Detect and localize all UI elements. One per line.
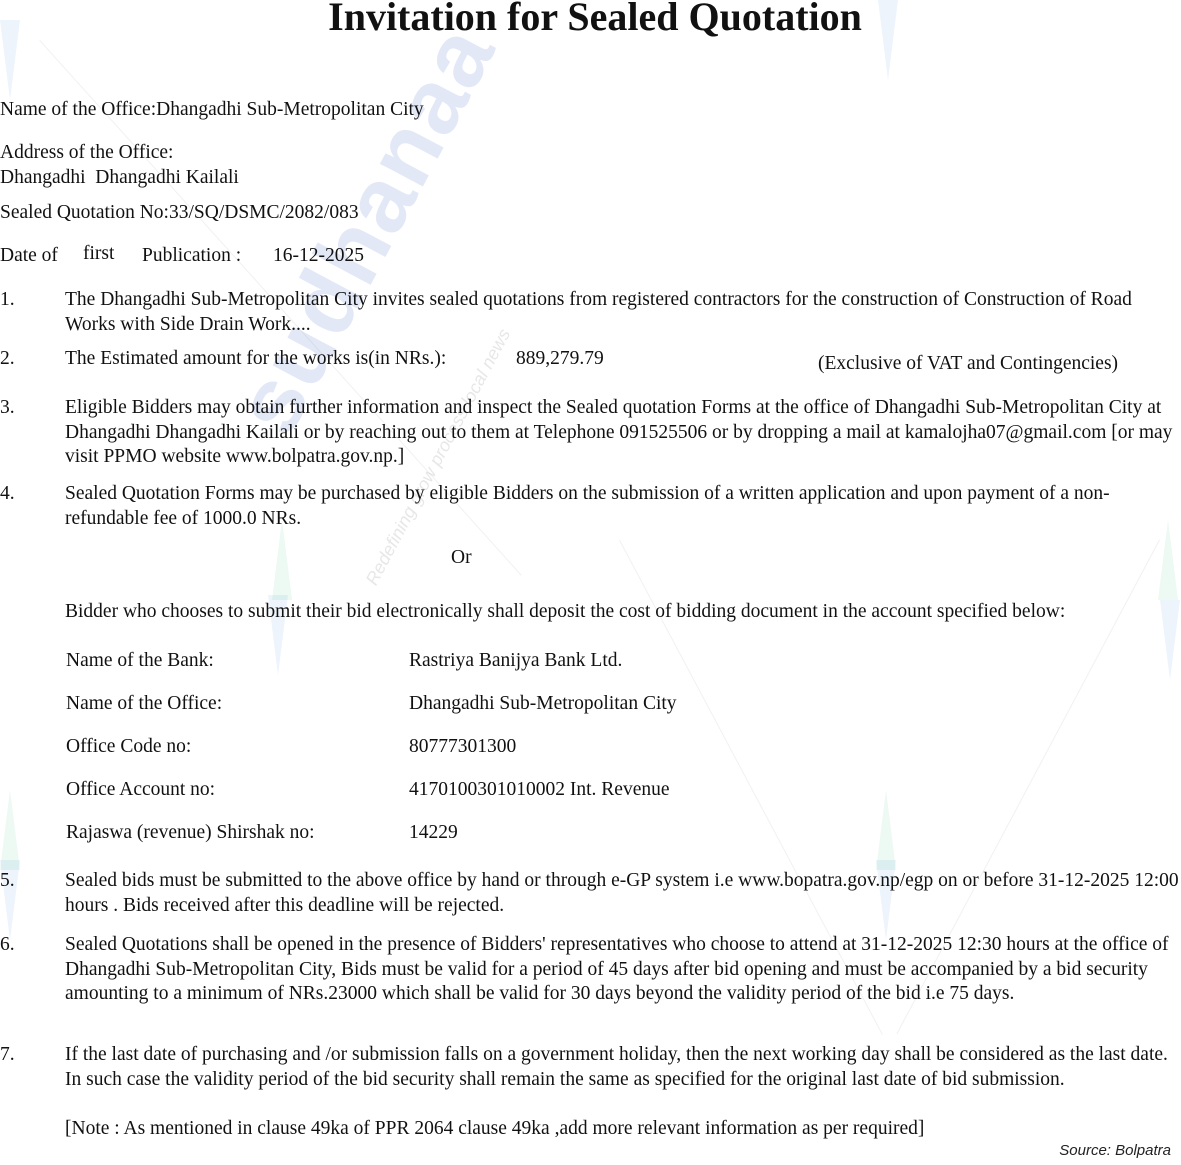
watermark-arrow-icon (0, 790, 20, 870)
bank-label: Office Account no: (66, 778, 215, 803)
clause-number: 5. (0, 869, 15, 894)
bank-value: 14229 (409, 821, 458, 846)
bank-value: 80777301300 (409, 735, 516, 760)
bank-label: Rajaswa (revenue) Shirshak no: (66, 821, 315, 846)
clause-number: 4. (0, 482, 15, 507)
watermark-arrow-icon (876, 790, 896, 870)
bank-label: Name of the Bank: (66, 649, 214, 674)
source-credit: Source: Bolpatra (1059, 1141, 1171, 1161)
office-name: Name of the Office:Dhangadhi Sub-Metropo… (0, 98, 424, 123)
estimated-amount: 889,279.79 (516, 347, 604, 372)
clause-3-text: Eligible Bidders may obtain further info… (65, 396, 1181, 470)
clause-number: 3. (0, 396, 15, 421)
date-first: first (83, 242, 114, 267)
bank-value: Rastriya Banijya Bank Ltd. (409, 649, 622, 674)
clause-6-text: Sealed Quotations shall be opened in the… (65, 933, 1181, 1007)
address-value: Dhangadhi Dhangadhi Kailali (0, 166, 239, 191)
date-label: Publication : (142, 244, 241, 269)
bank-value: 4170100301010002 Int. Revenue (409, 778, 670, 803)
or-separator: Or (451, 546, 472, 571)
quotation-number: Sealed Quotation No:33/SQ/DSMC/2082/083 (0, 201, 359, 226)
clause-number: 7. (0, 1043, 15, 1068)
watermark-arrow-icon (272, 520, 292, 600)
clause-number: 2. (0, 347, 15, 372)
clause-number: 6. (0, 933, 15, 958)
document-title: Invitation for Sealed Quotation (0, 0, 1181, 40)
clause-1-text: The Dhangadhi Sub-Metropolitan City invi… (65, 288, 1181, 337)
address-label: Address of the Office: (0, 141, 173, 166)
publication-date: 16-12-2025 (273, 244, 364, 269)
amount-note: (Exclusive of VAT and Contingencies) (818, 352, 1118, 377)
clause-5-text: Sealed bids must be submitted to the abo… (65, 869, 1181, 918)
bank-label: Office Code no: (66, 735, 191, 760)
bank-value: Dhangadhi Sub-Metropolitan City (409, 692, 677, 717)
date-prefix: Date of (0, 244, 58, 269)
clause-7-note: [Note : As mentioned in clause 49ka of P… (65, 1117, 924, 1142)
bank-label: Name of the Office: (66, 692, 222, 717)
watermark-arrow-icon (1158, 520, 1178, 600)
watermark-arrow-icon (1160, 600, 1180, 680)
clause-7-text: If the last date of purchasing and /or s… (65, 1043, 1181, 1092)
electronic-deposit-text: Bidder who chooses to submit their bid e… (65, 600, 1065, 625)
clause-2-text: The Estimated amount for the works is(in… (65, 347, 446, 372)
clause-number: 1. (0, 288, 15, 313)
clause-4-text: Sealed Quotation Forms may be purchased … (65, 482, 1181, 531)
